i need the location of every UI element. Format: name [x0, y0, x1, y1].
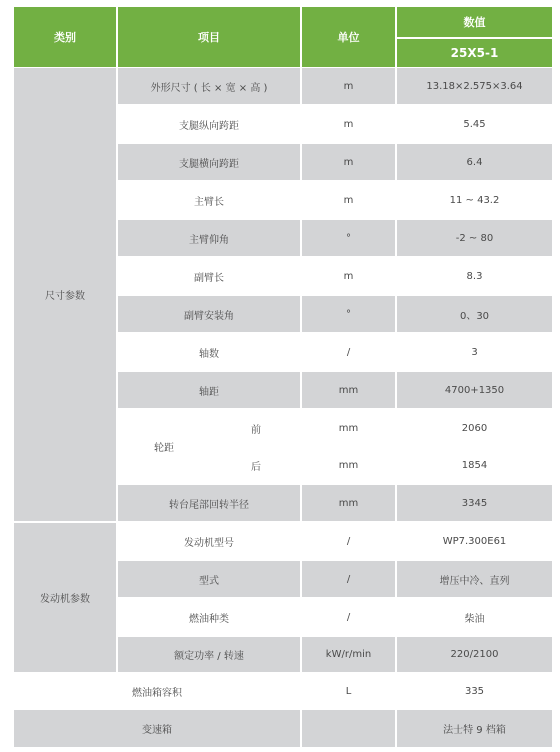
- unit-cell: kW/r/min: [302, 637, 395, 672]
- item-cell: 副臂长: [118, 258, 300, 294]
- unit-cell: /: [302, 334, 395, 370]
- value-cell: WP7.300E61: [397, 523, 552, 559]
- value-cell: 11 ~ 43.2: [397, 182, 552, 218]
- item-cell: 主臂长: [118, 182, 300, 218]
- fuel-tank-value: 335: [397, 674, 552, 708]
- unit-cell: m: [302, 106, 395, 142]
- value-cell: 6.4: [397, 144, 552, 180]
- value-cell: 0、30: [397, 296, 552, 332]
- item-cell: 副臂安装角: [118, 296, 300, 332]
- track-front-unit: mm: [302, 410, 395, 446]
- gearbox-unit: [302, 710, 395, 747]
- section-size-label: 尺寸参数: [14, 68, 116, 521]
- track-front-value: 2060: [397, 410, 552, 447]
- unit-cell: mm: [302, 372, 395, 408]
- item-cell: 转台尾部回转半径: [118, 485, 300, 521]
- track-front-label: 前: [212, 410, 300, 446]
- unit-cell: °: [302, 220, 395, 256]
- header-unit: 单位: [302, 7, 395, 67]
- track-rear-value: 1854: [397, 447, 552, 483]
- unit-cell: m: [302, 182, 395, 218]
- fuel-tank-unit: L: [302, 674, 395, 708]
- item-cell: 型式: [118, 561, 300, 597]
- value-cell: 220/2100: [397, 637, 552, 672]
- unit-cell: m: [302, 144, 395, 180]
- value-cell: 3: [397, 334, 552, 370]
- track-rear-unit: mm: [302, 448, 395, 483]
- item-cell: 轴数: [118, 334, 300, 370]
- fuel-tank-item: 燃油箱容积: [14, 674, 300, 708]
- value-cell: 5.45: [397, 106, 552, 142]
- header-value: 数值: [397, 7, 552, 37]
- value-cell: 增压中冷、直列: [397, 561, 552, 597]
- track-rear-label: 后: [212, 448, 300, 483]
- unit-cell: /: [302, 523, 395, 559]
- value-cell: 8.3: [397, 258, 552, 294]
- item-cell: 轴距: [118, 372, 300, 408]
- value-cell: 13.18×2.575×3.64: [397, 68, 552, 104]
- header-model: 25X5-1: [397, 39, 552, 67]
- gearbox-value: 法士特 9 档箱: [397, 710, 552, 747]
- unit-cell: m: [302, 258, 395, 294]
- unit-cell: /: [302, 599, 395, 635]
- item-cell: 外形尺寸 ( 长 × 宽 × 高 ): [118, 68, 300, 104]
- unit-cell: m: [302, 68, 395, 104]
- item-cell: 燃油种类: [118, 599, 300, 635]
- header-category: 类别: [14, 7, 116, 67]
- value-cell: -2 ~ 80: [397, 220, 552, 256]
- unit-cell: mm: [302, 485, 395, 521]
- item-cell: 额定功率 / 转速: [118, 637, 300, 672]
- item-cell: 支腿横向跨距: [118, 144, 300, 180]
- gearbox-item: 变速箱: [14, 710, 300, 747]
- header-item: 项目: [118, 7, 300, 67]
- item-cell: 主臂仰角: [118, 220, 300, 256]
- item-cell: 发动机型号: [118, 523, 300, 559]
- track-label: 轮距: [118, 410, 210, 483]
- unit-cell: /: [302, 561, 395, 597]
- value-cell: 柴油: [397, 599, 552, 635]
- item-cell: 支腿纵向跨距: [118, 106, 300, 142]
- value-cell: 3345: [397, 485, 552, 521]
- value-cell: 4700+1350: [397, 372, 552, 408]
- section-engine-label: 发动机参数: [14, 523, 116, 672]
- unit-cell: °: [302, 296, 395, 332]
